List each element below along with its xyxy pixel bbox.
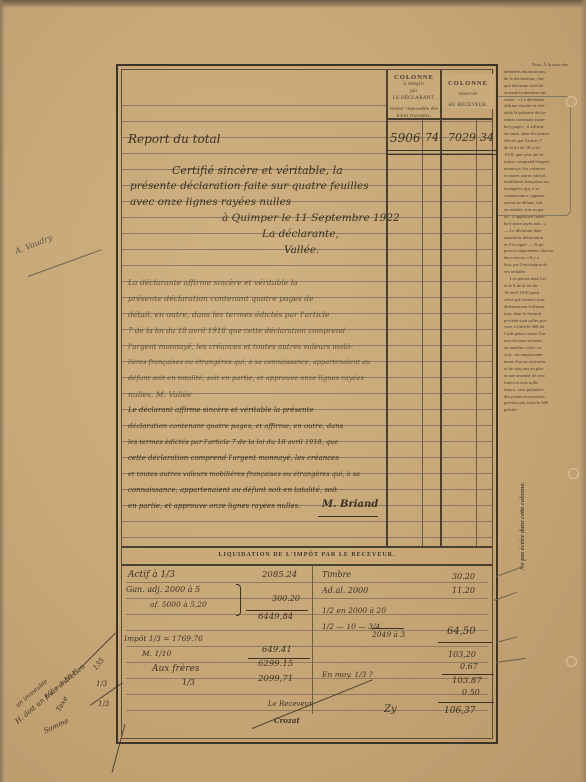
liq-right-label: 1/2 en 2000 à 20 <box>322 606 386 615</box>
header-declarant-line2: à remplir <box>388 81 440 88</box>
header-column-receveur: COLONNE réservée AU RECEVEUR. <box>442 74 494 109</box>
column-separator-receveur <box>440 70 442 548</box>
liq-fraction-line <box>372 628 404 629</box>
liq-total-line <box>438 702 494 703</box>
liq-left-amount: 300.20 <box>272 594 300 603</box>
side-note-line: que déclarant écrit de <box>504 83 568 90</box>
side-note-line: duleusement l'affirma- <box>504 304 568 311</box>
side-note-line: Code pénal contre l'au- <box>504 331 568 338</box>
affirmation-line: défunt soit en totalité, soit en partie,… <box>128 374 364 382</box>
liq-left-label: M. 1/10 <box>142 649 171 658</box>
note-pencil-bracket <box>498 96 571 216</box>
side-note-line: francs, sans préjudice <box>504 387 568 394</box>
report-amount-francs: 5906 <box>390 131 421 145</box>
header-bottom-rule <box>386 118 492 120</box>
certification-signature: Vallée. <box>284 244 319 256</box>
side-note-line: Nota. À la suite des <box>504 62 568 69</box>
liq-left-amount: 649.41 <box>262 645 292 655</box>
header-column-declarant: COLONNE à remplir par LE DÉCLARANT. Vale… <box>388 74 440 120</box>
margin-note-line: 135 <box>91 656 106 671</box>
side-note-line: précède sont celles pré- <box>504 318 568 325</box>
liq-left-label: Impôt 1/3 = 1769.76 <box>124 634 203 643</box>
form-inner-frame: COLONNE à remplir par LE DÉCLARANT. Vale… <box>121 69 493 739</box>
side-note-line: Les peines dont l'ar- <box>504 276 568 283</box>
side-note-line: vues à l'article 366 du <box>504 324 568 331</box>
affirmation-line: connaissance, appartenaient au défunt so… <box>128 486 337 494</box>
side-note-line: et de cinq ans au plus <box>504 366 568 373</box>
side-note-line: ticle 8 de la loi du <box>504 283 568 290</box>
report-double-rule <box>386 150 496 155</box>
affirmation-line: les termes édictés par l'article 7 de la… <box>128 438 338 446</box>
liq-right-label: Timbre <box>322 570 351 579</box>
side-note-line: dernières énonciations <box>504 69 568 76</box>
punch-hole <box>568 468 579 479</box>
side-note-line: en matière civile, sa- <box>504 345 568 352</box>
liquidation-top-rule <box>122 546 492 548</box>
side-note-line: 18 avril 1918 punit <box>504 290 568 297</box>
liq-right-amount: 64,50 <box>447 626 476 637</box>
vertical-note-do-not-write: Ne pas écrire dans cette colonne. <box>519 482 526 570</box>
liq-bracket <box>236 584 241 616</box>
liq-left-label: Gan. adj. 2000 à 5 <box>126 585 200 594</box>
liq-right-amount: 0.67 <box>460 662 478 671</box>
affirmation-line: détail, en outre, dans les termes édicté… <box>128 310 330 319</box>
liquidation-column-separator <box>312 566 313 714</box>
liq-sum-line <box>246 610 308 611</box>
affirmation-line: 7 de la loi du 18 avril 1918 que cette d… <box>128 326 345 335</box>
report-amount-cents: 74 <box>425 131 439 144</box>
header-receveur-line3: AU RECEVEUR. <box>442 102 494 109</box>
affirmation-line: l'argent monnayé, les créances et toutes… <box>128 342 353 351</box>
certification-line: présente déclaration faite sur quatre fe… <box>130 180 369 192</box>
side-note-line: et une amende de cent <box>504 373 568 380</box>
liquidation-title-rule <box>122 564 492 566</box>
affirmation-line: déclaration contenant quatre pages, et a… <box>128 422 343 430</box>
ruled-lines-main <box>122 90 492 548</box>
liq-left-label: af. 5000 à 5,20 <box>150 600 207 609</box>
side-note-line: et il la signe. — Il ap- <box>504 242 568 249</box>
liq-left-amount: 2085.24 <box>262 570 297 580</box>
pencil-tick <box>496 567 521 577</box>
header-declarant-line4: LE DÉCLARANT. <box>388 95 440 102</box>
side-note-line: de la déclaration, cha- <box>504 76 568 83</box>
page-top-edge <box>0 0 586 8</box>
receveur-cents: 34 <box>480 131 494 144</box>
certification-line: La déclarante, <box>262 228 339 240</box>
liq-sum-line <box>438 642 492 643</box>
liq-left-amount: 6299.15 <box>258 659 293 669</box>
side-note-line: précité. <box>504 407 568 414</box>
receveur-initials: Zy <box>384 704 397 715</box>
liq-right-amount: 30.20 <box>452 572 475 581</box>
affirmation-line: présente déclaration contenant quatre pa… <box>128 294 314 303</box>
header-receveur-line2: réservée <box>442 91 494 98</box>
side-note-line: ensuite la déclaration <box>504 235 568 242</box>
side-note-line: ses initiales. <box>504 269 568 276</box>
margin-note-line: Taxe <box>55 695 70 713</box>
report-total-label: Report du total <box>128 132 221 146</box>
liq-right-amount: 103.87 <box>452 676 482 686</box>
liq-left-amount: 2099,71 <box>258 674 293 684</box>
signature-underline <box>318 516 378 517</box>
certification-line: à Quimper le 11 Septembre 1922 <box>222 212 400 224</box>
side-note-line: ment d'un an au moins <box>504 359 568 366</box>
margin-note-top: A. Vaudry <box>14 233 54 256</box>
punch-hole <box>566 96 577 107</box>
margin-note-line: 1/3 <box>96 680 107 688</box>
document-page: A. Vaudry H. doit un frais entretien un … <box>0 0 586 782</box>
liq-right-amount: 0.50 <box>462 688 480 697</box>
liq-left-label: Aux frères <box>152 664 199 674</box>
header-declarant-title: COLONNE <box>388 74 440 81</box>
punch-hole <box>566 656 577 667</box>
column-separator-declarant <box>386 70 388 548</box>
affirmation-line: en partie, et approuve onze lignes rayée… <box>128 502 300 510</box>
certification-line: Certifié sincère et véritable, la <box>172 164 343 177</box>
liq-left-label: Actif à 1/3 <box>128 570 175 580</box>
liq-right-label: Ad.al. 2000 <box>322 586 368 595</box>
pencil-tick <box>496 658 526 663</box>
margin-note-line: Somme <box>43 717 70 735</box>
side-note-line: des peines accessoires <box>504 394 568 401</box>
declaration-form: COLONNE à remplir par LE DÉCLARANT. Vale… <box>116 64 498 744</box>
header-declarant-line3: par <box>388 88 440 95</box>
side-note-line: lieu, par l'inscription de <box>504 262 568 269</box>
margin-pencil-stroke <box>28 249 102 277</box>
liq-right-label: 2049 à 3 <box>372 630 405 639</box>
affirmation-line: cette déclaration comprend l'argent monn… <box>128 454 339 462</box>
side-note-line: prévues par l'article 366 <box>504 400 568 407</box>
side-note-line: bre) mots rayés nuls. » <box>504 221 568 228</box>
certification-line: avec onze lignes rayées nulles <box>130 196 291 208</box>
margin-note-line: 1/3 <box>98 700 109 708</box>
side-note-line: prouve séparément chacun <box>504 248 568 255</box>
side-note-line: celui qui formule frau- <box>504 297 568 304</box>
side-note-line: tion, dont la formule <box>504 311 568 318</box>
affirmation-line: Le déclarant affirme sincère et véritabl… <box>128 406 314 414</box>
column-separator-cents <box>422 120 423 548</box>
side-note-line: voir : un emprisonne- <box>504 352 568 359</box>
liq-right-label: En moy. 1/3 ? <box>322 670 373 679</box>
liq-sum-line <box>442 674 494 675</box>
affirmation-line: lières françaises ou étrangères qui, à s… <box>128 358 370 366</box>
affirmation-line: nulles. M. Vallée <box>128 390 192 399</box>
liq-total-amount: 106,37 <box>444 706 476 716</box>
liq-left-label: 1/3 <box>182 678 195 687</box>
page-right-edge <box>580 0 586 782</box>
side-note-line: francs à trois mille <box>504 380 568 387</box>
liq-left-amount: 6449,84 <box>258 612 293 622</box>
affirmation-line: La déclarante affirme sincère et véritab… <box>128 278 298 287</box>
receveur-amount: 7029 <box>448 131 476 144</box>
liq-right-amount: 11.20 <box>452 586 475 595</box>
pencil-tick <box>496 636 518 643</box>
page-left-edge <box>0 0 5 782</box>
header-receveur-title: COLONNE <box>442 80 494 87</box>
affirmation-signature: M. Briand <box>322 499 378 510</box>
column-separator-receveur-cents <box>476 120 477 548</box>
liq-right-amount: 103,20 <box>448 650 476 659</box>
side-note-line: teur du faux serment <box>504 338 568 345</box>
affirmation-line: et toutes autres valeurs mobilières fran… <box>128 470 360 478</box>
liquidation-title: LIQUIDATION DE L'IMPÔT PAR LE RECEVEUR. <box>122 552 492 558</box>
side-note-line: des renvois, s'il y a <box>504 255 568 262</box>
side-note-line: — Le déclarant date <box>504 228 568 235</box>
